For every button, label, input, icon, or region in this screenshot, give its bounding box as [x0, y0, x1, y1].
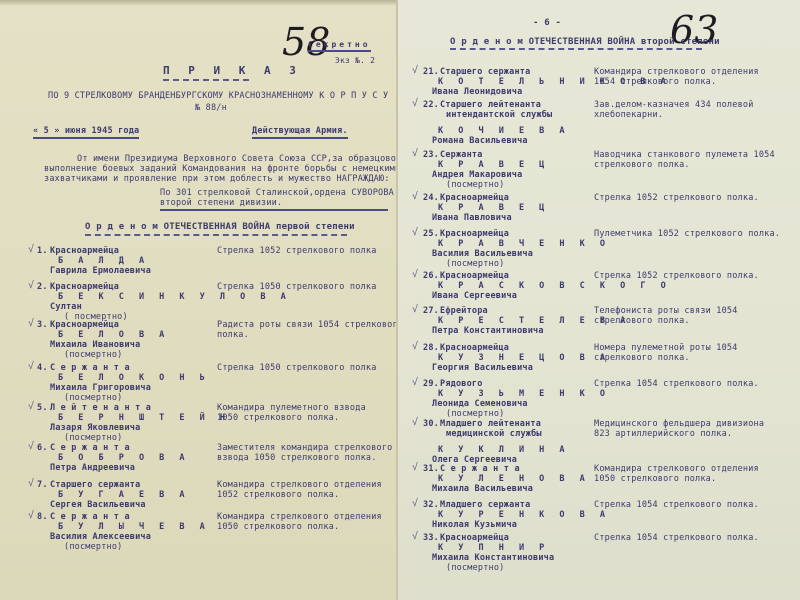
entry-surname: К Р А В Е Ц: [438, 160, 549, 170]
check-mark-icon: √: [28, 510, 34, 521]
entry-position: Телефониста роты связи 1054: [594, 306, 738, 316]
entry-surname: Б У Л Ы Ч Е В А: [58, 522, 210, 532]
entry-given-name: Михаила Васильевича: [432, 484, 533, 494]
entry-given-name: Николая Кузьмича: [432, 520, 517, 530]
entry-rank: Ефрейтора: [440, 306, 488, 316]
entry-position: Зав.делом-казначея 434 полевой: [594, 100, 754, 110]
entry-surname: К Р А В Ч Е Н К О: [438, 239, 610, 249]
entry-rank: Красноармейца: [440, 533, 509, 543]
check-mark-icon: √: [28, 401, 34, 412]
right-page: - 6 - 63 О р д е н о м ОТЕЧЕСТВЕННАЯ ВОЙ…: [396, 0, 800, 600]
check-mark-icon: √: [28, 280, 34, 291]
entry-given-name: Василия Алексеевича: [50, 532, 151, 542]
entry-surname: К У К Л И Н А: [438, 445, 570, 455]
entry-position: стрелкового полка.: [594, 160, 690, 170]
copy-number: Экз №. 2: [335, 56, 375, 65]
entry-rank: С е р ж а н т а: [50, 443, 130, 453]
check-mark-icon: √: [412, 191, 418, 202]
check-mark-icon: √: [28, 361, 34, 372]
entry-position: Командира стрелкового отделения: [217, 480, 382, 490]
entry-rank: Красноармейца: [50, 320, 119, 330]
entry-rank: Л е й т е н а н т а: [50, 403, 151, 413]
entry-given-name: Сергея Васильевича: [50, 500, 146, 510]
entry-position: 1050 стрелкового полка.: [594, 474, 716, 484]
entry-position: 823 артиллерийского полка.: [594, 429, 732, 439]
entry-rank: Красноармейца: [440, 271, 509, 281]
entry-rank: Рядового: [440, 379, 483, 389]
entry-given-name: Георгия Васильевича: [432, 363, 533, 373]
check-mark-icon: √: [412, 304, 418, 315]
entry-surname: К У Л Е Н О В А: [438, 474, 590, 484]
entry-position: стрелкового полка.: [594, 316, 690, 326]
entry-posthumous: (посмертно): [64, 393, 123, 403]
entry-rank: Старшего сержанта: [440, 67, 530, 77]
entry-given-name: Лазаря Яковлевича: [50, 423, 140, 433]
entry-number: 33.: [423, 533, 439, 543]
entry-number: 22.: [423, 100, 439, 110]
check-mark-icon: √: [28, 318, 34, 329]
entry-given-name: Петра Константиновича: [432, 326, 544, 336]
entry-surname: К Р А С К О В С К О Г О: [438, 281, 671, 291]
entry-position: 1052 стрелкового полка.: [217, 490, 339, 500]
entry-position: Командира пулеметного взвода: [217, 403, 366, 413]
entry-number: 26.: [423, 271, 439, 281]
entry-position: Стрелка 1050 стрелкового полка: [217, 363, 377, 373]
entry-rank: С е р ж а н т а: [50, 512, 130, 522]
entry-number: 25.: [423, 229, 439, 239]
location: Действующая Армия.: [252, 126, 348, 139]
check-mark-icon: √: [28, 244, 34, 255]
entry-posthumous: (посмертно): [446, 180, 505, 190]
entry-position: Стрелка 1054 стрелкового полка.: [594, 379, 759, 389]
entry-position: Стрелка 1050 стрелкового полка: [217, 282, 377, 292]
section-underline: [85, 234, 347, 236]
entry-position: Стрелка 1052 стрелкового полка.: [594, 193, 759, 203]
entry-number: 3.: [37, 320, 48, 330]
page-edge: [0, 0, 396, 6]
entry-position: Пулеметчика 1052 стрелкового полка.: [594, 229, 780, 239]
entry-number: 24.: [423, 193, 439, 203]
entry-given-name: Михаила Константиновича: [432, 553, 554, 563]
check-mark-icon: √: [28, 441, 34, 452]
entry-number: 6.: [37, 443, 48, 453]
entry-posthumous: (посмертно): [64, 350, 123, 360]
order-date: « 5 » июня 1945 года: [33, 126, 139, 139]
entry-rank-service: медицинской службы: [446, 429, 542, 439]
check-mark-icon: √: [412, 498, 418, 509]
entry-given-name: Андрея Макаровича: [432, 170, 522, 180]
entry-position: стрелкового полка.: [594, 353, 690, 363]
entry-rank: Красноармейца: [440, 193, 509, 203]
entry-position: Наводчика станкового пулемета 1054: [594, 150, 775, 160]
entry-position: Стрелка 1054 стрелкового полка.: [594, 533, 759, 543]
entry-given-name: Михаила Григоровича: [50, 383, 151, 393]
entry-given-name: Петра Андреевича: [50, 463, 135, 473]
entry-surname: К У Р Е Н К О В А: [438, 510, 610, 520]
entry-position: 1050 стрелкового полка.: [217, 413, 339, 423]
order-title: П Р И К А З: [163, 64, 302, 77]
division-line-2: второй степени дивизии.: [160, 198, 388, 211]
entry-surname: Б Е К С И Н К У Л О В А: [58, 292, 291, 302]
check-mark-icon: √: [412, 377, 418, 388]
entry-posthumous: (посмертно): [446, 259, 505, 269]
entry-rank: Младшего лейтенанта: [440, 419, 541, 429]
entry-position: 1054 стрелкового полка.: [594, 77, 716, 87]
entry-surname: К О Ч И Е В А: [438, 126, 570, 136]
check-mark-icon: √: [412, 341, 418, 352]
division-line-1: По 301 стрелковой Сталинской,ордена СУВО…: [160, 188, 394, 198]
entry-posthumous: (посмертно): [446, 563, 505, 573]
entry-position: взвода 1050 стрелкового полка.: [217, 453, 377, 463]
entry-given-name: Ивана Павловича: [432, 213, 512, 223]
check-mark-icon: √: [412, 98, 418, 109]
entry-number: 2.: [37, 282, 48, 292]
entry-rank: С е р ж а н т а: [440, 464, 520, 474]
entry-number: 27.: [423, 306, 439, 316]
entry-surname: Б Е Л О В А: [58, 330, 169, 340]
entry-number: 7.: [37, 480, 48, 490]
title-underline: [163, 79, 249, 81]
entry-position: Стрелка 1054 стрелкового полка.: [594, 500, 759, 510]
secret-stamp: Секретно: [308, 40, 371, 52]
entry-rank: Красноармейца: [440, 229, 509, 239]
entry-position: Командира стрелкового отделения: [594, 464, 759, 474]
entry-surname: К Р А В Е Ц: [438, 203, 549, 213]
entry-position: Командира стрелкового отделения: [217, 512, 382, 522]
corps-subtitle: ПО 9 СТРЕЛКОВОМУ БРАНДЕНБУРГСКОМУ КРАСНО…: [48, 91, 388, 101]
entry-number: 32.: [423, 500, 439, 510]
entry-number: 28.: [423, 343, 439, 353]
entry-surname: Б А Л Д А: [58, 256, 149, 266]
preamble-line-2: выполнение боевых заданий Командования н…: [44, 164, 396, 174]
entry-number: 30.: [423, 419, 439, 429]
section-heading-first-degree: О р д е н о м ОТЕЧЕСТВЕННАЯ ВОЙНА первой…: [85, 222, 355, 232]
entry-given-name: Романа Васильевича: [432, 136, 528, 146]
entry-rank: Старшего сержанта: [50, 480, 140, 490]
check-mark-icon: √: [412, 417, 418, 428]
entry-posthumous: (посмертно): [446, 409, 505, 419]
entry-position: Стрелка 1052 стрелкового полка.: [594, 271, 759, 281]
section-underline: [450, 48, 702, 50]
entry-given-name: Василия Васильевича: [432, 249, 533, 259]
entry-position: Медицинского фельдшера дивизиона: [594, 419, 764, 429]
entry-rank: Красноармейца: [440, 343, 509, 353]
check-mark-icon: √: [412, 462, 418, 473]
entry-given-name: Ивана Сергеевича: [432, 291, 517, 301]
entry-number: 29.: [423, 379, 439, 389]
left-page: 58 Секретно Экз №. 2 П Р И К А З ПО 9 СТ…: [0, 0, 396, 600]
entry-given-name: Леонида Семеновича: [432, 399, 528, 409]
entry-number: 4.: [37, 363, 48, 373]
check-mark-icon: √: [412, 148, 418, 159]
entry-surname: Б У Г А Е В А: [58, 490, 190, 500]
entry-surname: Б Е Р Н Ш Т Е Й Н: [58, 413, 230, 423]
entry-rank-service: интендантской службы: [446, 110, 552, 120]
entry-posthumous: (посмертно): [64, 433, 123, 443]
entry-given-name: Михаила Ивановича: [50, 340, 140, 350]
order-number: № 88/н: [195, 103, 227, 113]
check-mark-icon: √: [28, 478, 34, 489]
entry-rank: Старшего лейтенанта: [440, 100, 541, 110]
entry-position: Заместителя командира стрелкового: [217, 443, 392, 453]
entry-rank: Красноармейца: [50, 246, 119, 256]
entry-rank: С е р ж а н т а: [50, 363, 130, 373]
entry-position: Стрелка 1052 стрелкового полка: [217, 246, 377, 256]
check-mark-icon: √: [412, 227, 418, 238]
entry-number: 31.: [423, 464, 439, 474]
entry-position: Радиста роты связи 1054 стрелкового: [217, 320, 396, 330]
entry-position: 1050 стрелкового полка.: [217, 522, 339, 532]
entry-rank: Красноармейца: [50, 282, 119, 292]
entry-position: Номера пулеметной роты 1054: [594, 343, 738, 353]
entry-surname: Б Е Л О К О Н Ь: [58, 373, 210, 383]
entry-number: 5.: [37, 403, 48, 413]
entry-position: Командира стрелкового отделения: [594, 67, 759, 77]
entry-surname: Б О Б Р О В А: [58, 453, 190, 463]
page-marker: - 6 -: [533, 18, 561, 28]
entry-given-name: Султан: [50, 302, 82, 312]
section-heading-second-degree: О р д е н о м ОТЕЧЕСТВЕННАЯ ВОЙНА второй…: [450, 37, 720, 47]
preamble-line-1: От имени Президиума Верховного Совета Со…: [77, 154, 396, 164]
entry-surname: К У З Ь М Е Н К О: [438, 389, 610, 399]
entry-number: 1.: [37, 246, 48, 256]
entry-number: 21.: [423, 67, 439, 77]
check-mark-icon: √: [412, 65, 418, 76]
entry-surname: К У П Н И Р: [438, 543, 549, 553]
check-mark-icon: √: [412, 531, 418, 542]
entry-number: 8.: [37, 512, 48, 522]
document-spread: 58 Секретно Экз №. 2 П Р И К А З ПО 9 СТ…: [0, 0, 800, 600]
entry-given-name: Ивана Леонидовича: [432, 87, 522, 97]
check-mark-icon: √: [412, 269, 418, 280]
entry-rank: Младшего сержанта: [440, 500, 530, 510]
entry-given-name: Гаврила Ермолаевича: [50, 266, 151, 276]
entry-rank: Сержанта: [440, 150, 483, 160]
entry-position: полка.: [217, 330, 249, 340]
entry-surname: К У З Н Е Ц О В А: [438, 353, 610, 363]
entry-number: 23.: [423, 150, 439, 160]
entry-posthumous: (посмертно): [64, 542, 123, 552]
entry-position: хлебопекарни.: [594, 110, 663, 120]
preamble-line-3: захватчиками и проявление при этом добле…: [44, 174, 390, 184]
